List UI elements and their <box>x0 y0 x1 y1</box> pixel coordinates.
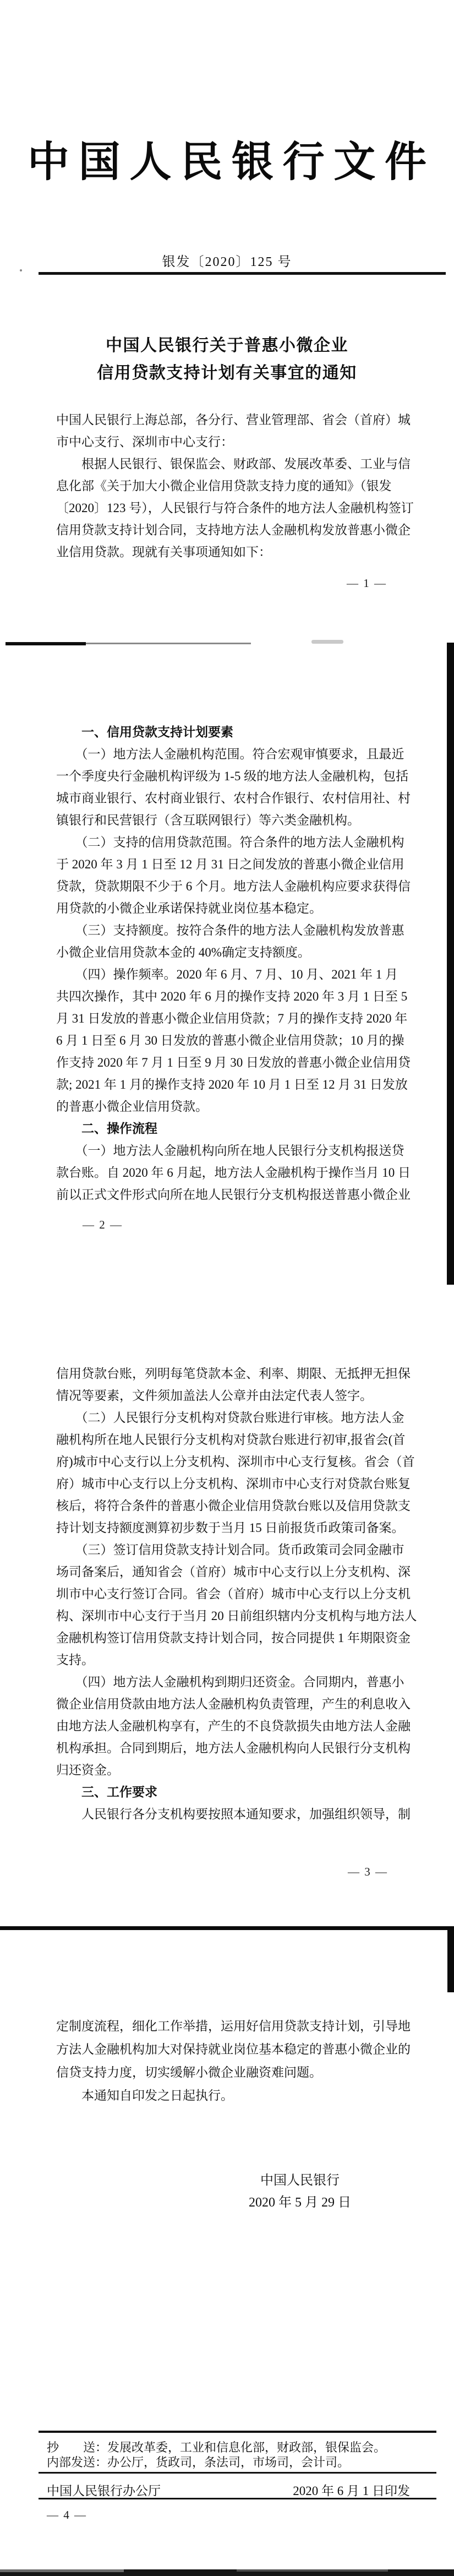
text-line: （三）签订信用贷款支持计划合同。货币政策司会同金融市 <box>56 1539 419 1561</box>
text-line: 信用贷款台账，列明每笔贷款本金、利率、期限、无抵押无担保 <box>56 1363 419 1385</box>
section-heading: 一、信用贷款支持计划要素 <box>56 721 419 743</box>
page2-body: 一、信用贷款支持计划要素 （一）地方法人金融机构范围。符合宏观审慎要求，且最近 … <box>56 721 419 1206</box>
scan-edge-bar-right-2 <box>447 1926 454 1992</box>
text-line: 融机构所在地人民银行分支机构对贷款台账进行初审,报省会(首 <box>56 1429 419 1451</box>
text-line: 中国人民银行上海总部，各分行、营业管理部、省会（首府）城 <box>56 409 419 431</box>
text-line: 情况等要素，文件须加盖法人公章并由法定代表人签字。 <box>56 1385 419 1407</box>
text-line: （一）地方法人金融机构向所在地人民银行分支机构报送贷 <box>56 1140 419 1162</box>
text-line: 一个季度央行金融机构评级为 1-5 级的地方法人金融机构，包括 <box>56 765 419 787</box>
text-line: 由地方法人金融机构享有，产生的不良贷款损失由地方法人金融 <box>56 1715 419 1737</box>
text-line: （二）人民银行分支机构对贷款台账进行审核。地方法人金 <box>56 1407 419 1429</box>
text-line: 府)城市中心支行以上分支机构、深圳市中心支行复核。省会（首 <box>56 1451 419 1473</box>
text-line: 月 31 日发放的普惠小微企业信用贷款；7 月的操作支持 2020 年 <box>56 1008 419 1030</box>
text-line: 的普惠小微企业信用贷款。 <box>56 1096 419 1118</box>
page-number: — 2 — <box>83 1218 123 1232</box>
scan-dot <box>20 269 22 271</box>
page-number: — 1 — <box>347 577 387 590</box>
text-line: 前以正式文件形式向所在地人民银行分支机构报送普惠小微企业 <box>56 1184 419 1206</box>
issuing-office: 中国人民银行办公厅 <box>47 2481 161 2499</box>
text-line: 金融机构签订信用贷款支持计划合同，按合同提供 1 年期限资金 <box>56 1627 419 1649</box>
footer-rule-middle <box>39 2472 436 2474</box>
text-line: 6 月 1 日至 6 月 30 日发放的普惠小微企业信用贷款；10 月的操 <box>56 1030 419 1052</box>
text-line: 业信用贷款。现就有关事项通知如下： <box>56 541 419 563</box>
text-line: 贷款，贷款期限不少于 6 个月。地方法人金融机构应要求获得信 <box>56 876 419 898</box>
text-line: （二）支持的信用贷款范围。符合条件的地方法人金融机构 <box>56 832 419 854</box>
text-line: （四）操作频率。2020 年 6 月、7 月、10 月、2021 年 1 月 <box>56 964 419 986</box>
scan-edge-bar-right-1 <box>447 643 454 1285</box>
document-title: 中国人民银行关于普惠小微企业 信用贷款支持计划有关事宜的通知 <box>0 332 454 387</box>
text-line: 支持。 <box>56 1649 419 1671</box>
print-date: 2020 年 6 月 1 日印发 <box>293 2481 410 2499</box>
page-4: 定制度流程，细化工作举措，运用好信用贷款支持计划，引导地 方法人金融机构加大对保… <box>0 1929 454 2576</box>
text-line: 归还资金。 <box>56 1759 419 1781</box>
section-heading: 三、工作要求 <box>56 1781 419 1803</box>
page-number: — 3 — <box>348 1865 388 1879</box>
header-rule <box>39 272 446 275</box>
text-line: 场司备案后，通知省会（首府）城市中心支行以上分支机构、深 <box>56 1561 419 1583</box>
page4-body: 定制度流程，细化工作举措，运用好信用贷款支持计划，引导地 方法人金融机构加大对保… <box>56 2015 419 2107</box>
text-line: 定制度流程，细化工作举措，运用好信用贷款支持计划，引导地 <box>56 2015 419 2038</box>
text-line: （一）地方法人金融机构范围。符合宏观审慎要求，且最近 <box>56 743 419 765</box>
footer-rule-bottom <box>39 2498 436 2499</box>
scan-page-boundary-line <box>0 1926 454 1930</box>
text-line: 机构承担。合同到期后，地方法人金融机构向人民银行分支机构 <box>56 1737 419 1759</box>
page3-body: 信用贷款台账，列明每笔贷款本金、利率、期限、无抵押无担保 情况等要素，文件须加盖… <box>56 1363 419 1825</box>
distribution-block: 抄 送：发展改革委，工业和信息化部，财政部，银保监会。 内部发送：办公厅，货政司… <box>47 2440 421 2470</box>
text-line: 信用贷款支持计划合同，支持地方法人金融机构发放普惠小微企 <box>56 519 419 541</box>
signature-date: 2020 年 5 月 29 日 <box>193 2192 407 2214</box>
issuing-authority: 中国人民银行 <box>193 2170 407 2192</box>
text-line: 构、深圳市中心支行于当月 20 日前组织辖内分支机构与地方法人 <box>56 1605 419 1627</box>
text-line: 城市商业银行、农村商业银行、农村合作银行、农村信用社、村 <box>56 787 419 809</box>
text-line: 用贷款的小微企业承诺保持就业岗位基本稳定。 <box>56 898 419 920</box>
text-line: 市中心支行、深圳市中心支行： <box>56 431 419 453</box>
text-line: 方法人金融机构加大对保持就业岗位基本稳定的普惠小微企业的 <box>56 2038 419 2061</box>
cc-line: 抄 送：发展改革委，工业和信息化部，财政部，银保监会。 <box>47 2440 421 2455</box>
page-1: 中国人民银行文件 银发〔2020〕125 号 中国人民银行关于普惠小微企业 信用… <box>0 0 454 643</box>
text-line: 人民银行各分支机构要按照本通知要求，加强组织领导，制 <box>56 1803 419 1825</box>
text-line: （四）地方法人金融机构到期归还资金。合同期内，普惠小 <box>56 1671 419 1693</box>
page-3: 信用贷款台账，列明每笔贷款本金、利率、期限、无抵押无担保 情况等要素，文件须加盖… <box>0 1287 454 1929</box>
footer-rule-top <box>39 2431 436 2433</box>
text-line: 款; 2021 年 1 月的操作支持 2020 年 10 月 1 日至 12 月… <box>56 1074 419 1096</box>
text-line: 根据人民银行、银保监会、财政部、发展改革委、工业与信 <box>56 453 419 475</box>
text-line: 持计划支持额度测算初步数于当月 15 日前报货币政策司备案。 <box>56 1517 419 1539</box>
text-line: 镇银行和民营银行（含互联网银行）等六类金融机构。 <box>56 809 419 832</box>
text-line: 息化部《关于加大小微企业信用贷款支持力度的通知》（银发 <box>56 475 419 497</box>
text-line: （三）支持额度。按符合条件的地方法人金融机构发放普惠 <box>56 920 419 942</box>
scan-edge-line-faded <box>86 643 251 644</box>
document-number: 银发〔2020〕125 号 <box>0 251 454 270</box>
signature-block: 中国人民银行 2020 年 5 月 29 日 <box>193 2170 407 2214</box>
text-line: 于 2020 年 3 月 1 日至 12 月 31 日之间发放的普惠小微企业信用 <box>56 854 419 876</box>
page1-body: 中国人民银行上海总部，各分行、营业管理部、省会（首府）城 市中心支行、深圳市中心… <box>56 409 419 563</box>
scanned-document: { "doc": { "header_title": "中国人民银行文件", "… <box>0 0 454 2576</box>
scan-edge-line-left <box>6 642 86 645</box>
text-line: 信贷支持力度，切实缓解小微企业融资难问题。 <box>56 2061 419 2084</box>
text-line: 微企业信用贷款由地方法人金融机构负责管理，产生的利息收入 <box>56 1693 419 1715</box>
text-line: 小微企业信用贷款本金的 40%确定支持额度。 <box>56 942 419 964</box>
document-title-line1: 中国人民银行关于普惠小微企业 <box>0 332 454 360</box>
internal-distribution-line: 内部发送：办公厅，货政司，条法司，市场司，会计司。 <box>47 2455 421 2470</box>
page-number: — 4 — <box>47 2508 87 2522</box>
issuer-row: 中国人民银行办公厅 2020 年 6 月 1 日印发 <box>47 2481 410 2499</box>
scan-bottom-band-gray-mid <box>237 2569 388 2572</box>
text-line: 府）城市中心支行以上分支机构、深圳市中心支行对贷款台账复 <box>56 1473 419 1495</box>
org-header-title: 中国人民银行文件 <box>0 128 454 188</box>
text-line: 共四次操作，其中 2020 年 6 月的操作支持 2020 年 3 月 1 日至… <box>56 986 419 1008</box>
text-line: 核后，将符合条件的普惠小微企业信用贷款台账以及信用贷款支 <box>56 1495 419 1517</box>
scan-smudge <box>311 640 343 644</box>
text-line: 款台账。自 2020 年 6 月起，地方法人金融机构于操作当月 10 日 <box>56 1162 419 1184</box>
text-line: 本通知自印发之日起执行。 <box>56 2084 419 2107</box>
scan-bottom-band-gray-left <box>0 2569 124 2572</box>
section-heading: 二、操作流程 <box>56 1118 419 1140</box>
document-title-line2: 信用贷款支持计划有关事宜的通知 <box>0 360 454 387</box>
text-line: 圳市中心支行签订合同。省会（首府）城市中心支行以上分支机 <box>56 1583 419 1605</box>
text-line: 〔2020〕123 号），人民银行与符合条件的地方法人金融机构签订 <box>56 497 419 519</box>
page-2: 一、信用贷款支持计划要素 （一）地方法人金融机构范围。符合宏观审慎要求，且最近 … <box>0 643 454 1287</box>
text-line: 作支持 2020 年 7 月 1 日至 9 月 30 日发放的普惠小微企业信用贷 <box>56 1052 419 1074</box>
